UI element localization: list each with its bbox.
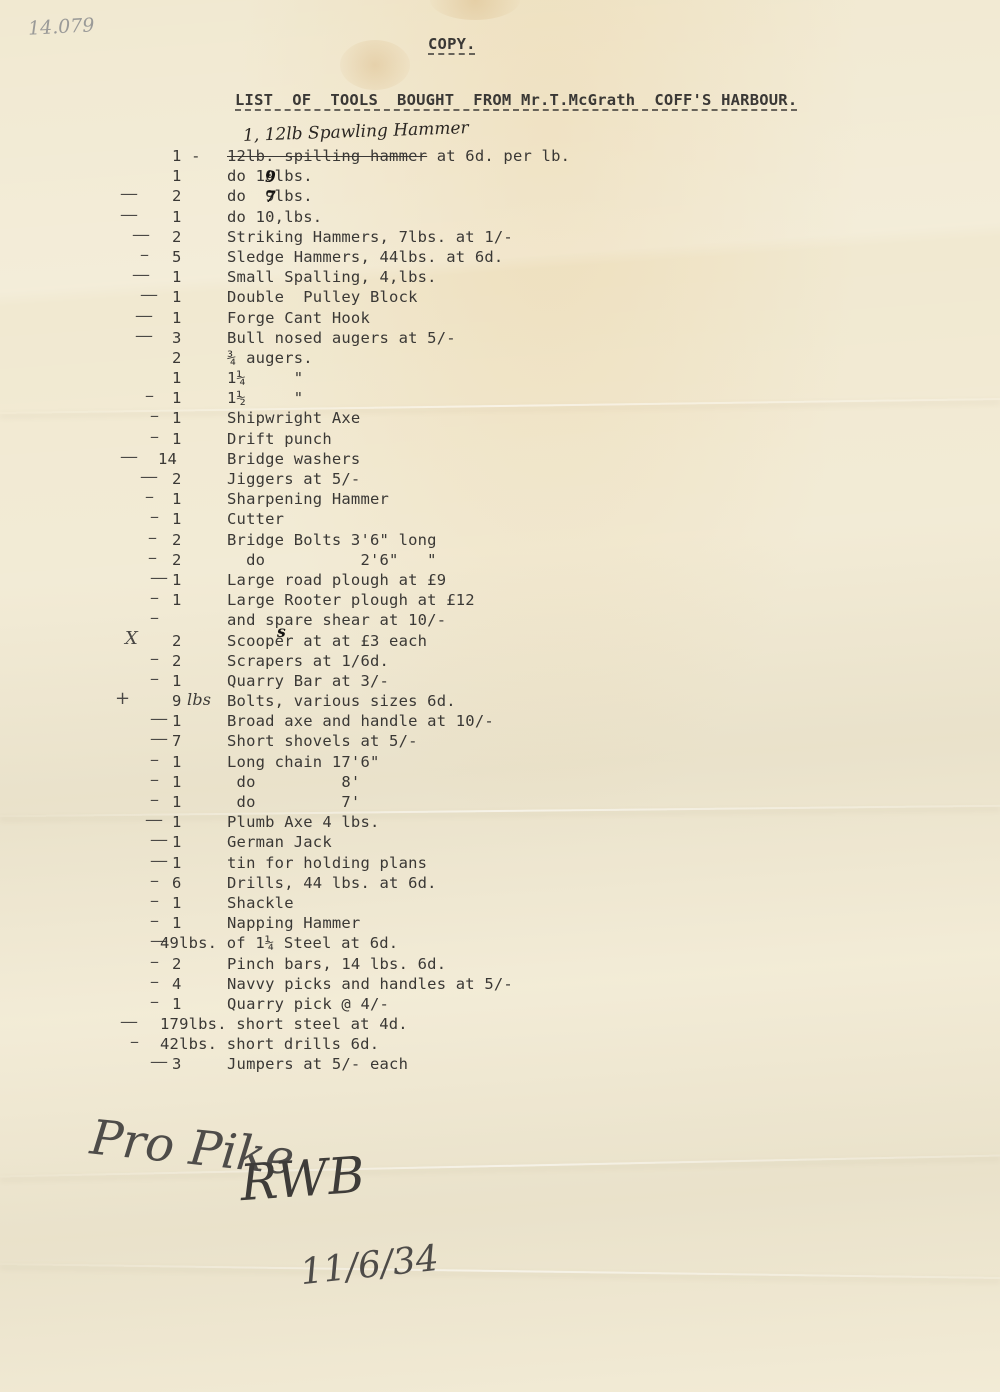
item-description: do 10,lbs. xyxy=(227,208,322,226)
item-quantity: 2 xyxy=(172,349,212,367)
item-quantity: 2 xyxy=(172,228,212,246)
item-description: Quarry Bar at 3/- xyxy=(227,672,389,690)
pencil-tick-mark: – xyxy=(150,426,159,447)
item-quantity: 1 xyxy=(172,914,212,932)
item-description: ¾ augers. xyxy=(227,349,313,367)
item-quantity: 3 xyxy=(172,329,212,347)
pencil-tick-mark: — xyxy=(145,809,163,830)
item-description: Large Rooter plough at £12 xyxy=(227,591,475,609)
item-description: Cutter xyxy=(227,510,284,528)
item-description: Short shovels at 5/- xyxy=(227,732,418,750)
pencil-tick-mark: – xyxy=(148,547,157,568)
item-description: German Jack xyxy=(227,833,332,851)
item-description: Bridge washers xyxy=(227,450,360,468)
pencil-tick-mark: – xyxy=(150,648,159,669)
pencil-tick-mark: — xyxy=(150,829,168,850)
list-item: 1do 10lbs.9 xyxy=(0,167,1000,187)
copy-heading: COPY. xyxy=(428,35,476,53)
pencil-tick-mark: – xyxy=(150,749,159,770)
item-quantity: 2 xyxy=(172,470,212,488)
item-quantity: 1 xyxy=(172,571,212,589)
item-description: do 7' xyxy=(227,793,360,811)
item-quantity: 2 xyxy=(172,955,212,973)
pencil-tick-mark: — xyxy=(120,183,138,204)
item-quantity: 1 xyxy=(172,309,212,327)
item-description: Napping Hammer xyxy=(227,914,360,932)
pencil-tick-mark: – xyxy=(150,951,159,972)
item-description: Striking Hammers, 7lbs. at 1/- xyxy=(227,228,513,246)
item-description: Long chain 17'6" xyxy=(227,753,380,771)
item-quantity: 1 xyxy=(172,854,212,872)
pencil-tick-mark: – xyxy=(150,607,159,628)
item-quantity: 5 xyxy=(172,248,212,266)
item-description: Pinch bars, 14 lbs. 6d. xyxy=(227,955,446,973)
pencil-tick-mark: – xyxy=(145,486,154,507)
pencil-tick-mark: — xyxy=(120,204,138,225)
pencil-note: lbs xyxy=(187,690,211,709)
item-quantity: 1 xyxy=(172,591,212,609)
item-description: 1¼ " xyxy=(227,369,303,387)
pencil-tick-mark: + xyxy=(115,688,130,709)
item-description: Bull nosed augers at 5/- xyxy=(227,329,456,347)
pencil-tick-mark: — xyxy=(150,708,168,729)
item-description: 1½ " xyxy=(227,389,303,407)
ink-correction: 7 xyxy=(265,187,276,206)
item-quantity: 2 xyxy=(172,187,212,205)
item-quantity: 1 xyxy=(172,430,212,448)
item-quantity: 1 xyxy=(172,288,212,306)
item-description: Jumpers at 5/- each xyxy=(227,1055,408,1073)
item-quantity: 4 xyxy=(172,975,212,993)
pencil-tick-mark: – xyxy=(150,971,159,992)
item-quantity: 3 xyxy=(172,1055,212,1073)
list-item: –1Drift punch xyxy=(0,430,1000,450)
item-quantity: 7 xyxy=(172,732,212,750)
list-item: —2do 9lbs.7 xyxy=(0,187,1000,207)
archive-number: 14.079 xyxy=(27,14,95,39)
list-item: 2¾ augers. xyxy=(0,349,1000,369)
pencil-tick-mark: – xyxy=(140,244,149,265)
item-quantity: 2 xyxy=(172,531,212,549)
list-item: –and spare shear at 10/- xyxy=(0,611,1000,631)
item-quantity: 1 xyxy=(172,490,212,508)
item-quantity: 1 - xyxy=(172,147,212,165)
item-description: 49lbs. of 1¼ Steel at 6d. xyxy=(160,934,398,952)
item-description: Shipwright Axe xyxy=(227,409,360,427)
pencil-tick-mark: — xyxy=(140,466,158,487)
item-description: 42lbs. short drills 6d. xyxy=(160,1035,379,1053)
item-quantity: 14 xyxy=(158,450,198,468)
pencil-tick-mark: – xyxy=(150,910,159,931)
list-item: –1Quarry pick @ 4/- xyxy=(0,995,1000,1015)
pencil-tick-mark: — xyxy=(135,305,153,326)
item-description: 12lb. spilling hammer at 6d. per lb. xyxy=(227,147,570,165)
pencil-tick-mark: — xyxy=(150,567,168,588)
item-description: Broad axe and handle at 10/- xyxy=(227,712,494,730)
pencil-tick-mark: – xyxy=(150,587,159,608)
item-description: Scrapers at 1/6d. xyxy=(227,652,389,670)
pencil-tick-mark: – xyxy=(150,991,159,1012)
ink-correction: 9 xyxy=(265,167,276,186)
item-quantity: 1 xyxy=(172,773,212,791)
list-item: –1Quarry Bar at 3/- xyxy=(0,672,1000,692)
item-description: Small Spalling, 4,lbs. xyxy=(227,268,437,286)
pencil-tick-mark: — xyxy=(150,1051,168,1072)
item-quantity: 1 xyxy=(172,389,212,407)
list-item: —2Striking Hammers, 7lbs. at 1/- xyxy=(0,228,1000,248)
pencil-tick-mark: – xyxy=(145,385,154,406)
item-description: 179lbs. short steel at 4d. xyxy=(160,1015,408,1033)
item-quantity: 2 xyxy=(172,551,212,569)
list-item: —3Bull nosed augers at 5/- xyxy=(0,329,1000,349)
item-description: Shackle xyxy=(227,894,294,912)
pencil-tick-mark: – xyxy=(150,870,159,891)
item-quantity: 1 xyxy=(172,833,212,851)
item-quantity: 2 xyxy=(172,652,212,670)
ink-correction: s xyxy=(277,622,286,641)
item-description: Sharpening Hammer xyxy=(227,490,389,508)
stain xyxy=(340,40,410,90)
tools-list: 1 -12lb. spilling hammer at 6d. per lb.1… xyxy=(0,147,1000,1076)
item-description: Scooper at at £3 each xyxy=(227,632,427,650)
pencil-tick-mark: – xyxy=(150,789,159,810)
pencil-tick-mark: — xyxy=(135,325,153,346)
item-quantity: 1 xyxy=(172,712,212,730)
pencil-tick-mark: – xyxy=(150,668,159,689)
item-quantity: 1 xyxy=(172,995,212,1013)
pencil-tick-mark: – xyxy=(150,769,159,790)
item-quantity: 1 xyxy=(172,268,212,286)
item-description: Sledge Hammers, 44lbs. at 6d. xyxy=(227,248,503,266)
item-quantity: 1 xyxy=(172,208,212,226)
item-description: Forge Cant Hook xyxy=(227,309,370,327)
pencil-tick-mark: – xyxy=(148,527,157,548)
pencil-tick-mark: – xyxy=(150,506,159,527)
pencil-tick-mark: — xyxy=(132,264,150,285)
item-description: Jiggers at 5/- xyxy=(227,470,360,488)
item-description: Double Pulley Block xyxy=(227,288,418,306)
item-quantity: 1 xyxy=(172,510,212,528)
pencil-tick-mark: — xyxy=(132,224,150,245)
pencil-tick-mark: — xyxy=(120,446,138,467)
list-item: 1 -12lb. spilling hammer at 6d. per lb. xyxy=(0,147,1000,167)
item-quantity: 1 xyxy=(172,753,212,771)
pencil-tick-mark: — xyxy=(150,728,168,749)
pencil-tick-mark: – xyxy=(150,405,159,426)
pencil-tick-mark: — xyxy=(140,284,158,305)
item-quantity: 1 xyxy=(172,409,212,427)
pencil-tick-mark: — xyxy=(120,1011,138,1032)
pencil-tick-mark: — xyxy=(150,850,168,871)
item-quantity: 1 xyxy=(172,894,212,912)
document-title: LIST OF TOOLS BOUGHT FROM Mr.T.McGrath C… xyxy=(235,91,797,109)
item-description: Quarry pick @ 4/- xyxy=(227,995,389,1013)
item-quantity: 1 xyxy=(172,793,212,811)
list-item: —3Jumpers at 5/- each xyxy=(0,1055,1000,1075)
item-quantity: 1 xyxy=(172,369,212,387)
item-description: Drift punch xyxy=(227,430,332,448)
item-description: Navvy picks and handles at 5/- xyxy=(227,975,513,993)
item-quantity: 1 xyxy=(172,167,212,185)
pencil-tick-mark: – xyxy=(150,890,159,911)
item-description: Large road plough at £9 xyxy=(227,571,446,589)
item-description: and spare shear at 10/- xyxy=(227,611,446,629)
item-description: Drills, 44 lbs. at 6d. xyxy=(227,874,437,892)
pencil-tick-mark: X xyxy=(125,628,138,649)
item-description: do 8' xyxy=(227,773,360,791)
item-description: Plumb Axe 4 lbs. xyxy=(227,813,380,831)
item-description: tin for holding plans xyxy=(227,854,427,872)
item-quantity: 1 xyxy=(172,672,212,690)
item-quantity: 6 xyxy=(172,874,212,892)
list-item: —179lbs. short steel at 4d. xyxy=(0,1015,1000,1035)
item-description: do 2'6" " xyxy=(227,551,437,569)
item-quantity: 2 xyxy=(172,632,212,650)
initials: RWB xyxy=(238,1146,366,1213)
item-quantity: 1 xyxy=(172,813,212,831)
item-description: Bridge Bolts 3'6" long xyxy=(227,531,437,549)
pencil-tick-mark: – xyxy=(130,1031,139,1052)
item-description: Bolts, various sizes 6d. xyxy=(227,692,456,710)
